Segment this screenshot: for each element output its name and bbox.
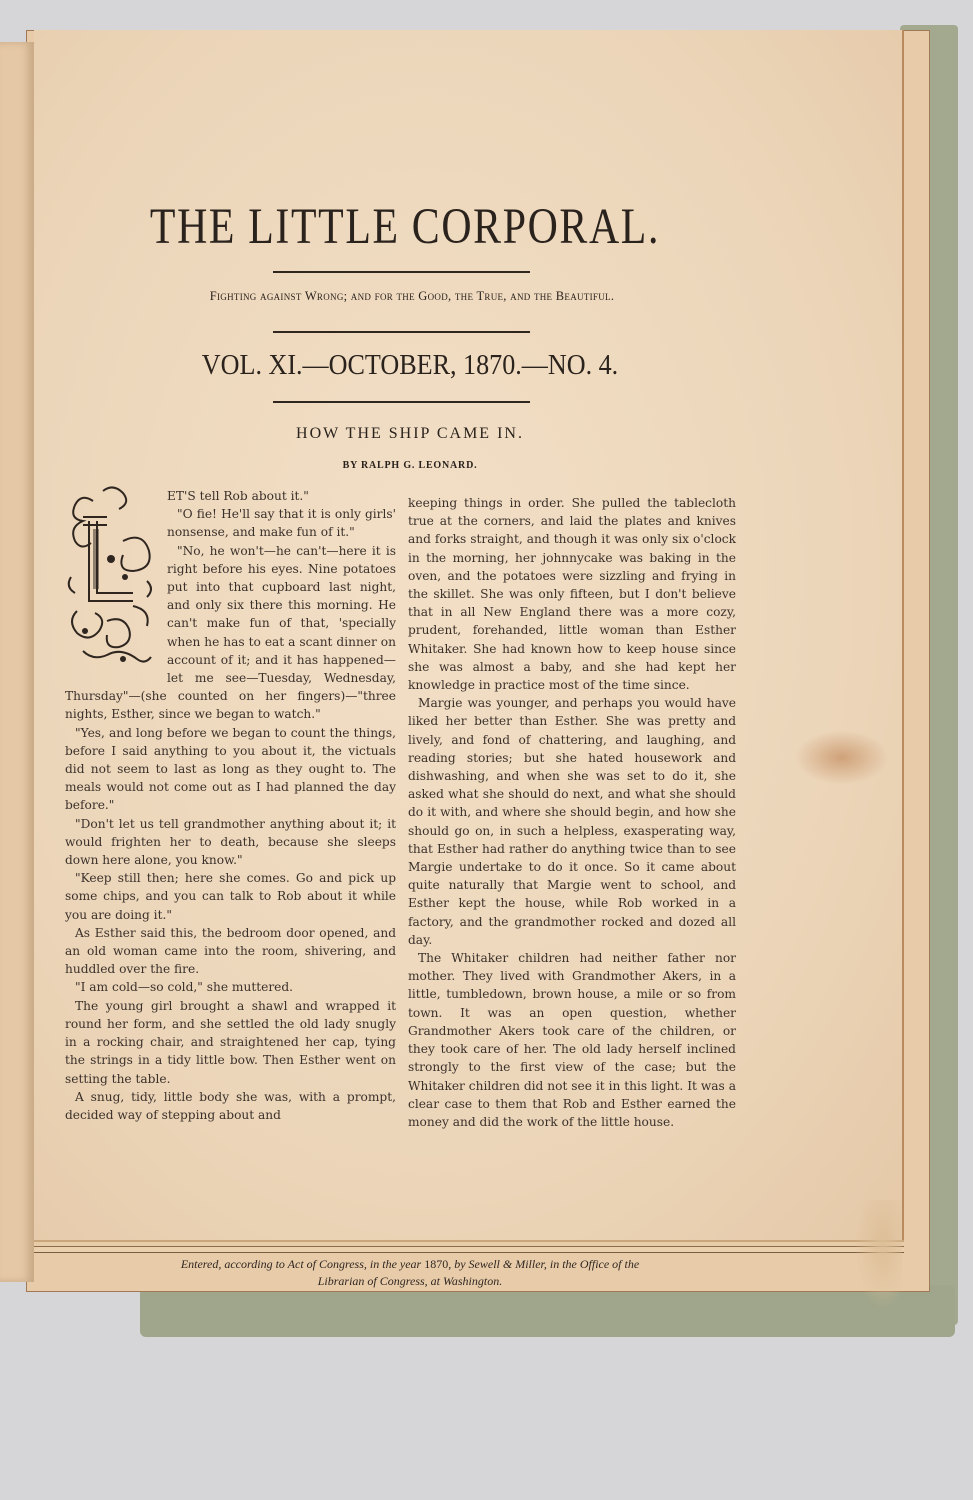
paragraph: The Whitaker children had neither father… [408,949,736,1131]
rule-divider [273,271,530,273]
rule-divider [273,331,530,333]
paragraph: keeping things in order. She pulled the … [408,494,736,694]
paragraph: As Esther said this, the bedroom door op… [65,924,396,979]
copyright-text: , by Sewell & Miller, in the Office of t… [448,1257,639,1271]
masthead-title: THE LITTLE CORPORAL. [139,198,672,256]
paragraph: "I am cold—so cold," she muttered. [65,978,396,996]
paragraph: Margie was younger, and perhaps you woul… [408,694,736,949]
paragraph: "Yes, and long before we began to count … [65,724,396,815]
copyright-notice: Entered, according to Act of Congress, i… [70,1256,750,1290]
paragraph: The young girl brought a shawl and wrapp… [65,997,396,1088]
story-byline: BY RALPH G. LEONARD. [100,460,720,471]
issue-line: VOL. XI.—OCTOBER, 1870.—NO. 4. [131,349,689,382]
paragraph: "Keep still then; here she comes. Go and… [65,869,396,924]
worn-corner [854,1200,902,1310]
left-column: ET'S tell Rob about it." "O fie! He'll s… [65,487,396,1124]
masthead-motto: Fighting against Wrong; and for the Good… [62,289,762,304]
right-column: keeping things in order. She pulled the … [408,494,736,1131]
copyright-year: 1870 [424,1257,448,1271]
back-cover-bottom-edge [140,1285,955,1337]
paragraph: "Don't let us tell grandmother anything … [65,815,396,870]
copyright-text: Entered, according to Act of Congress, i… [181,1257,424,1271]
facing-page-edge [0,42,34,1282]
ornamental-drop-cap-icon [63,481,161,671]
story-title: HOW THE SHIP CAME IN. [100,425,720,443]
copyright-text: Librarian of Congress, at Washington. [318,1274,502,1288]
water-stain [794,730,889,785]
rule-divider [273,401,530,403]
paragraph: A snug, tidy, little body she was, with … [65,1088,396,1124]
